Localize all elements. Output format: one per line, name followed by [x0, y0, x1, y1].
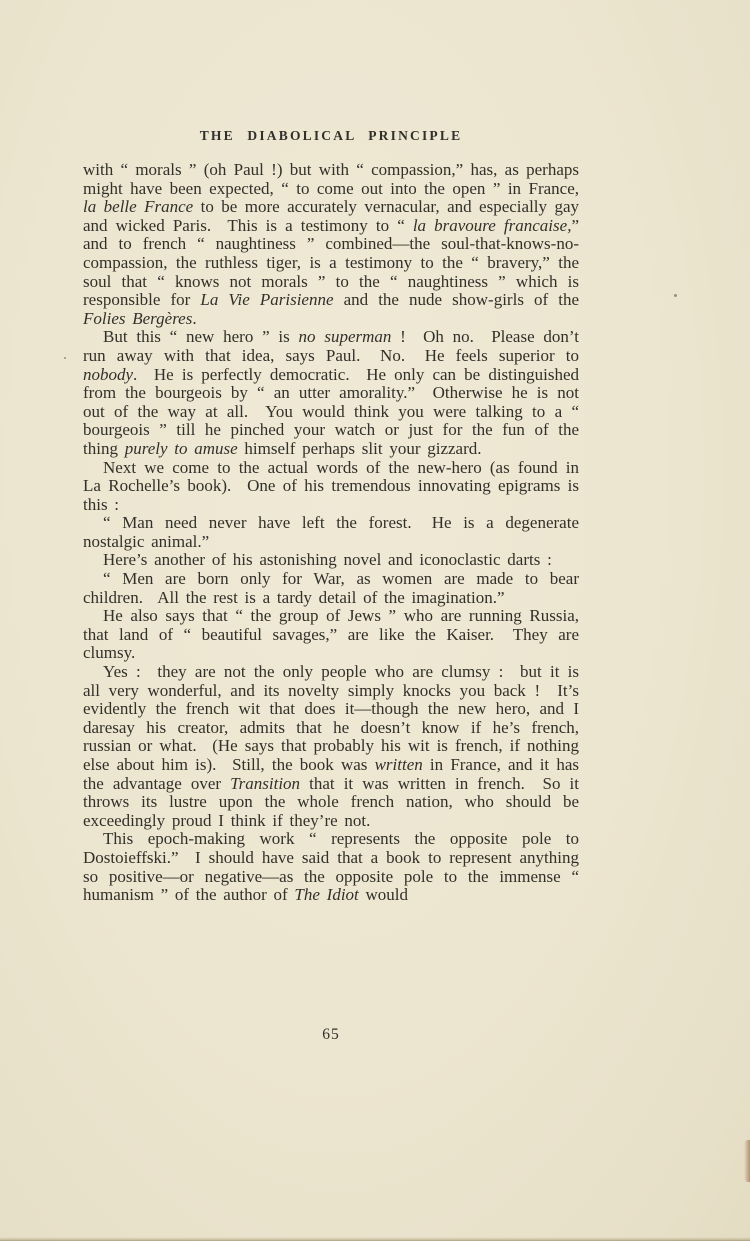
- paragraph: Next we come to the actual words of the …: [83, 459, 579, 515]
- page-column: THE DIABOLICAL PRINCIPLE with “ morals ”…: [83, 128, 579, 905]
- paragraph: But this “ new hero ” is no superman ! O…: [83, 328, 579, 458]
- running-header: THE DIABOLICAL PRINCIPLE: [83, 128, 579, 144]
- book-page: THE DIABOLICAL PRINCIPLE with “ morals ”…: [0, 0, 750, 1241]
- ink-speck: [674, 294, 677, 297]
- paragraph: This epoch-making work “ represents the …: [83, 830, 579, 904]
- paragraph: with “ morals ” (oh Paul !) but with “ c…: [83, 161, 579, 328]
- paragraph: “ Man need never have left the forest. H…: [83, 514, 579, 551]
- paragraph: Yes : they are not the only people who a…: [83, 663, 579, 830]
- page-edge-stain: [744, 1140, 750, 1182]
- ink-speck: [64, 357, 66, 359]
- text-block: with “ morals ” (oh Paul !) but with “ c…: [83, 161, 579, 905]
- paragraph: He also says that “ the group of Jews ” …: [83, 607, 579, 663]
- page-number: 65: [83, 1026, 579, 1044]
- paragraph: Here’s another of his astonishing novel …: [83, 551, 579, 570]
- paragraph: “ Men are born only for War, as women ar…: [83, 570, 579, 607]
- page-bottom-edge: [0, 1237, 750, 1241]
